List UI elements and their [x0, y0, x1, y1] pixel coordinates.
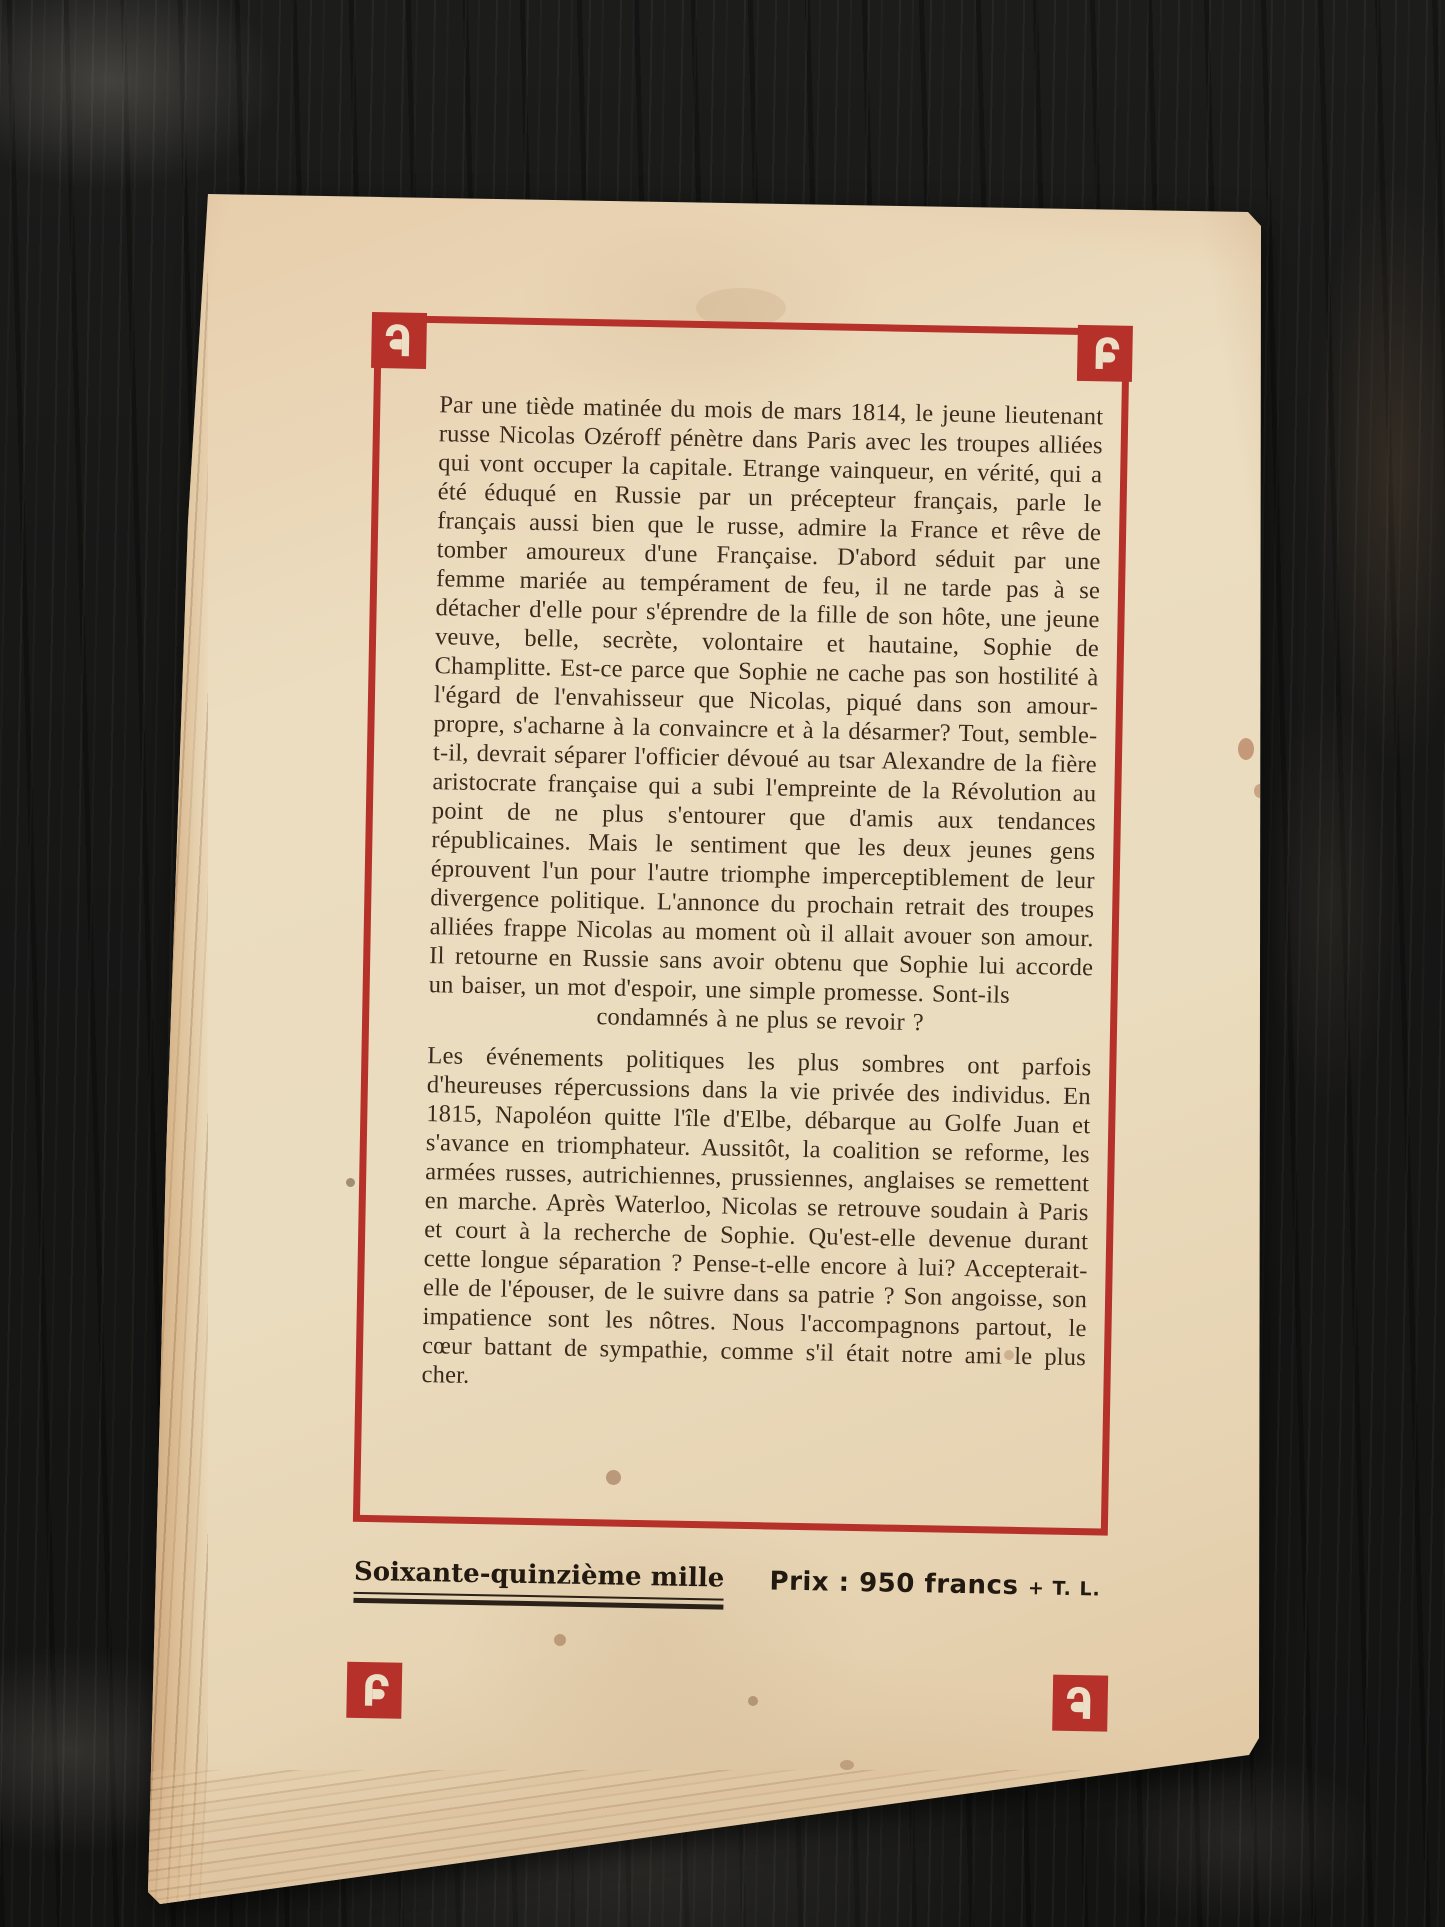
blurb-paragraph-1: Par une tiède matinée du mois de mars 18… [428, 390, 1103, 1011]
paper-cover: Par une tiède matinée du mois de mars 18… [140, 140, 1270, 1920]
stain [346, 1178, 355, 1187]
price-label: Prix : 950 francs + T. L. [769, 1566, 1101, 1602]
back-cover-blurb: Par une tiède matinée du mois de mars 18… [421, 390, 1103, 1401]
page-edges-bottom [144, 1770, 1266, 1920]
edition-label: Soixante-quinzième mille [354, 1557, 725, 1601]
blurb-paragraph-2: Les événements politiques les plus sombr… [421, 1041, 1091, 1401]
footer-row: Soixante-quinzième mille Prix : 950 fran… [351, 1555, 1107, 1639]
price-text: Prix : 950 francs [769, 1566, 1018, 1601]
printed-cover-content: Par une tiède matinée du mois de mars 18… [349, 315, 1130, 1729]
stain [840, 1760, 854, 1770]
stain [1238, 738, 1254, 760]
price-tax-suffix: + T. L. [1028, 1577, 1101, 1600]
flammarion-f-icon [346, 1662, 402, 1719]
flammarion-f-icon [1052, 1675, 1108, 1732]
book-back-cover: Par une tiède matinée du mois de mars 18… [140, 140, 1270, 1920]
page-edges-left [146, 190, 208, 1910]
edition-underline-bar [353, 1598, 723, 1610]
stain [1254, 784, 1266, 798]
flammarion-f-icon [1077, 325, 1133, 382]
edition-text: Soixante-quinzième mille [354, 1557, 725, 1594]
flammarion-f-icon [371, 312, 427, 369]
